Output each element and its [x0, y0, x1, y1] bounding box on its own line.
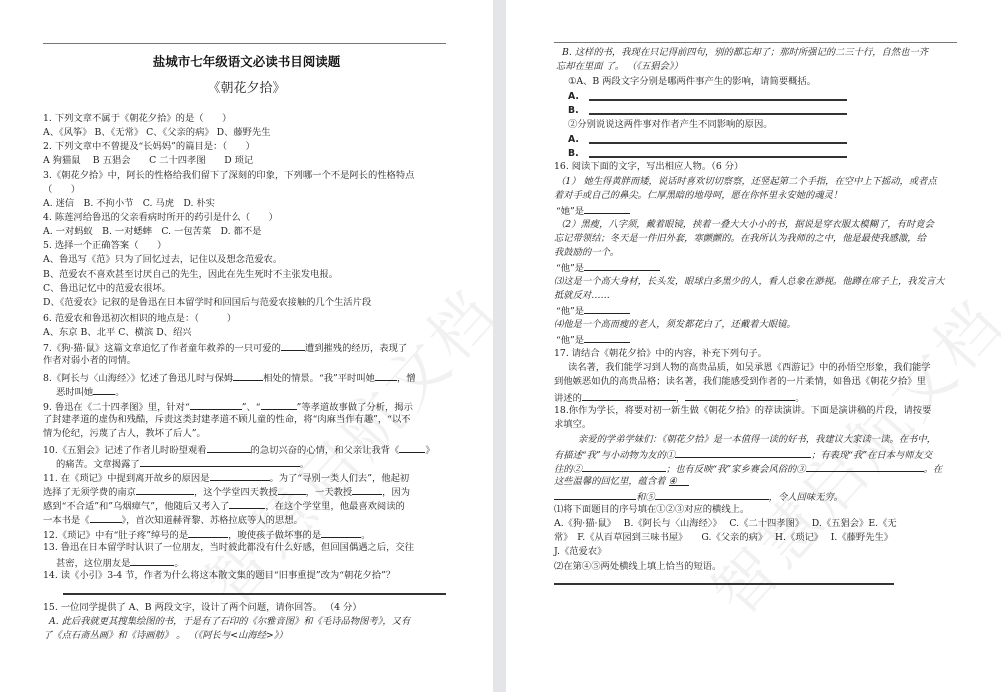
question-17: 17. 请结合《朝花夕拾》中的内容，补充下列句子。: [554, 347, 767, 360]
question-18: 18.你作为学长，将要对初一新生做《朝花夕拾》的荐读演讲。下面是演讲稿的片段，请…: [554, 404, 931, 417]
document-subtitle: 《朝花夕拾》: [0, 77, 493, 96]
question-11-cont: 一本书是《》，首次知道赫胥黎、苏格拉底等人的思想。: [43, 512, 303, 527]
answer-label-a: A.: [568, 90, 579, 103]
question-9-cont: 情为伦纪，污蔑了古人，教坏了后人”。: [43, 427, 206, 440]
answer-label-b: B.: [568, 104, 579, 117]
question-1: 1. 下列文章不属于《朝花夕拾》的是（ ）: [43, 112, 231, 125]
question-5: 5. 选择一个正确答案（ ）: [43, 239, 166, 252]
answer-blank[interactable]: [93, 384, 115, 395]
answer-blank[interactable]: [375, 370, 397, 381]
passage-16-3: ⑶这是一个高大身材，长头发，眼球白多黑少的人，看人总象在渺视。他蹲在席子上，我发…: [554, 275, 944, 288]
answer-line[interactable]: [63, 593, 446, 595]
question-9: 9. 鲁迅在《二十四孝图》里，针对“”、“”等孝道故事做了分析，揭示: [43, 399, 413, 414]
document-title: 盐城市七年级语文必读书目阅读题: [0, 52, 493, 70]
answer-16-1: “她”是: [556, 203, 630, 218]
question-1-options: A、《风筝》 B、《无常》 C、《父亲的病》 D、藤野先生: [43, 126, 271, 139]
question-13-cont: 甚密，这位朋友是。: [56, 555, 184, 570]
answer-blank[interactable]: [584, 260, 660, 271]
question-13: 13. 鲁迅在日本留学时认识了一位朋友，当时彼此都没有什么好感，但回国偶遇之后，…: [43, 541, 414, 554]
answer-blank-4-cont[interactable]: [554, 489, 636, 500]
question-18-cont: 求填空。: [554, 418, 591, 431]
question-3-options: A. 迷信 B. 不拘小节 C. 马虎 D. 朴实: [43, 197, 215, 210]
answer-blank[interactable]: [278, 484, 306, 495]
document-page-left: 智慧启航文档 盐城市七年级语文必读书目阅读题 《朝花夕拾》 1. 下列文章不属于…: [0, 0, 493, 692]
answer-blank[interactable]: [233, 370, 263, 381]
answer-blank[interactable]: [584, 332, 630, 343]
passage-b-cont: 忘却在里面 了。 （《五猖会》）: [556, 60, 683, 73]
passage-16-1: （1） 她生得黄胖而矮，说话时喜欢切切察察，还竖起第二个手指，在空中上下摇动，或…: [556, 175, 937, 188]
question-8-cont: 恶时叫她。: [56, 384, 125, 399]
answer-blank[interactable]: [188, 527, 228, 538]
passage-16-4: ⑷他是一个高而瘦的老人，须发都花白了，还戴着大眼镜。: [554, 318, 796, 331]
speech-text: 亲爱的学弟学妹们：《朝花夕拾》是一本值得一读的好书，我建议大家读一读。在书中，: [578, 433, 936, 446]
answer-blank[interactable]: [207, 442, 251, 453]
answer-line[interactable]: [554, 583, 894, 585]
question-11-cont: 选择了无须学费的南京，这个学堂四天教授，一天教授，因为: [43, 484, 410, 499]
answer-blank[interactable]: [352, 484, 382, 495]
passage-16-2-cont: 忘记带领结；冬天是一件旧外套，寒颤颤的。在我所认为我师的之中，他是最使我感激，给: [554, 232, 926, 245]
question-2: 2. 下列文章中不曾提及“长妈妈”的篇目是：（ ）: [43, 140, 255, 153]
question-14: 14. 读《小引》3-4 节，作者为什么将这本散文集的题目“旧事重提”改为“朝花…: [43, 569, 395, 582]
question-2-options: A 狗猫鼠 B 五猖会 C 二十四孝图 D 琐记: [43, 154, 253, 167]
question-3: 3.《朝花夕拾》中，阿长的性格给我们留下了深刻的印象，下列哪一个不是阿长的性格特…: [43, 169, 414, 182]
answer-blank[interactable]: [281, 340, 305, 351]
sub-question-2: ②分别说说这两件事对作者产生不同影响的原因。: [568, 118, 773, 131]
speech-text: 和⑤，令人回味无穷。: [554, 489, 843, 504]
header-rule: [554, 42, 957, 43]
question-17-text: 读名著，我们能学习到人物的高贵品质，如吴承恩《西游记》中的孙悟空形象，我们能学: [568, 361, 931, 374]
answer-blank-3[interactable]: [806, 461, 924, 472]
question-11: 11. 在《琐记》中提到离开故乡的原因是。为了“寻别一类人们去”，他起初: [43, 470, 409, 485]
instruction-1: ⑴将下面题目的序号填在①②③对应的横线上。: [554, 503, 749, 516]
sub-question-1: ①A、B 两段文字分别是哪两件事产生的影响，请简要概括。: [568, 75, 816, 88]
header-rule: [43, 43, 446, 44]
passage-16-1-cont: 着对手或自己的鼻尖。仁厚黑暗的地母呵，愿在你怀里永安她的魂灵！: [554, 189, 842, 202]
question-5-option-d: D、《范爱农》记叙的是鲁迅在日本留学时和回国后与范爱农接触的几个生活片段: [43, 296, 371, 309]
answer-blank[interactable]: [685, 390, 795, 401]
answer-16-4: “他”是: [556, 332, 630, 347]
answer-blank[interactable]: [90, 512, 122, 523]
passage-a: A. 此后我就更其搜集绘图的书，于是有了石印的《尔雅音图》和《毛诗品物图考》，又…: [49, 615, 410, 628]
instruction-2: ⑵在第④⑤两处横线上填上恰当的短语。: [554, 560, 721, 573]
question-6-options: A、东京 B、北平 C、横滨 D、绍兴: [43, 326, 192, 339]
question-3-bracket: （ ）: [43, 183, 80, 196]
question-7: 7.《狗·猫·鼠》这篇文章追忆了作者童年救养的一只可爱的遭到摧残的经历，表现了: [43, 340, 407, 355]
answer-blank[interactable]: [229, 498, 265, 509]
speech-text: 这些温馨的回忆里，蕴含着 ④: [554, 475, 689, 488]
answer-line[interactable]: [589, 113, 847, 115]
question-4-options: A. 一对蚂蚁 B. 一对蟋蟀 C. 一包苦菜 D. 都不是: [43, 225, 261, 238]
question-8: 8.《阿长与〈山海经〉》忆述了鲁迅儿时与保姆相处的情景。“我”平时叫她，憎: [43, 370, 416, 385]
passage-b: B. 这样的书，我现在只记得前四句，别的都忘却了；那时所强记的二三十行，自然也一…: [562, 46, 928, 59]
title-options: J.《范爱农》: [554, 545, 606, 558]
question-12: 12.《琐记》中有“肚子疼”绰号的是，唆使孩子做坏事的是。: [43, 527, 370, 542]
question-5-option-c: C、鲁迅记忆中的范爱农很坏。: [43, 282, 171, 295]
answer-blank[interactable]: [582, 390, 676, 401]
question-5-option-a: A、鲁迅写《范》只为了回忆过去，记住以及想念范爱农。: [43, 253, 282, 266]
answer-label-a: A.: [568, 133, 579, 146]
passage-16-2: （2）黑瘦，八字须，戴着眼镜，挟着一叠大大小小的书，据说是穿衣服太模糊了，有时竟…: [556, 218, 934, 231]
question-10-cont: 的痛苦。文章揭露了。: [56, 456, 309, 471]
answer-blank[interactable]: [584, 203, 630, 214]
answer-16-3: “他”是: [556, 303, 630, 318]
answer-blank[interactable]: [584, 303, 630, 314]
passage-a-cont: 了《点石斋丛画》和《诗画舫》 。 （《阿长与<山海经>》）: [43, 629, 288, 642]
question-6: 6. 范爱农和鲁迅初次相识的地点是：（ ）: [43, 312, 236, 325]
answer-blank[interactable]: [210, 470, 270, 481]
answer-blank[interactable]: [399, 442, 425, 453]
question-10: 10.《五猖会》记述了作者儿时盼望观看的急切兴奋的心情，和父亲让我背《》: [43, 442, 435, 457]
answer-blank-4[interactable]: ④: [669, 475, 689, 486]
title-options: A.《狗·猫·鼠》 B.《阿长与〈山海经〉》 C.《二十四孝图》 D.《五猖会》…: [554, 517, 897, 530]
passage-16-2-cont: 我鼓励的一个。: [554, 246, 619, 259]
answer-line[interactable]: [589, 99, 847, 101]
answer-blank[interactable]: [130, 555, 174, 566]
answer-16-2: “他”是: [556, 260, 660, 275]
answer-blank-5[interactable]: [655, 489, 769, 500]
answer-line[interactable]: [589, 156, 847, 158]
answer-label-b: B.: [568, 147, 579, 160]
title-options: 常》 F.《从百草园到三味书屋》 G.《父亲的病》 H.《琐记》 I.《藤野先生…: [554, 531, 893, 544]
answer-line[interactable]: [589, 142, 847, 144]
answer-blank[interactable]: [261, 399, 297, 410]
question-5-option-b: B、范爱农不喜欢甚至讨厌自己的先生，因此在先生死时不主张发电报。: [43, 268, 338, 281]
answer-blank[interactable]: [136, 484, 194, 495]
speech-text: 有描述“我”与小动物为友的①；有表现“我”在日本与师友交: [554, 447, 932, 462]
passage-16-3-cont: 抵就反对……: [554, 289, 610, 302]
question-9-cont: 了封建孝道的虚伪和残酷，斥责这类封建孝道不顾儿童的性命，将“肉麻当作有趣”，“以…: [43, 413, 411, 426]
answer-blank[interactable]: [140, 456, 300, 467]
question-4: 4. 陈莲河给鲁迅的父亲看病时所开的药引是什么（ ）: [43, 211, 278, 224]
question-15: 15. 一位同学提供了 A、B 两段文字，设计了两个问题，请你回答。 （4 分）: [43, 601, 362, 614]
answer-blank-1[interactable]: [675, 447, 811, 458]
answer-blank[interactable]: [321, 527, 361, 538]
question-11-cont: 感到“不合适”和”乌烟瘴气”，他随后又考入了，在这个学堂里，他最喜欢阅读的: [43, 498, 405, 513]
question-17-blanks: 讲述的，。: [554, 390, 805, 405]
question-17-text: 到他嫉恶如仇的高贵品格；读名著，我们能感受到作者的一片柔情，如鲁迅《朝花夕拾》里: [554, 375, 926, 388]
question-7-cont: 作者对弱小者的同情。: [43, 354, 136, 367]
document-page-right: 智慧启航文档 B. 这样的书，我现在只记得前四句，别的都忘却了；那时所强记的二三…: [506, 0, 1001, 692]
answer-blank[interactable]: [190, 399, 242, 410]
question-16: 16. 阅读下面的文字，写出相应人物。（6 分）: [554, 160, 743, 173]
answer-blank-2[interactable]: [582, 461, 666, 472]
speech-text: 往的②；也有反映“我”家乡赛会风俗的③。在: [554, 461, 942, 476]
